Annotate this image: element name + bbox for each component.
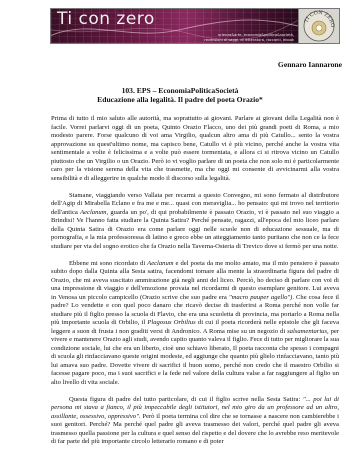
italic-text: Plagosus Orbilius	[147, 319, 195, 326]
document-title: Educazione alla legalità. Il padre del p…	[0, 95, 360, 104]
site-banner[interactable]: Ti con zero scienza&arte, economia&polit…	[50, 8, 340, 44]
text-span: , per vivere e mantenere Orazio agli stu…	[51, 328, 339, 386]
paragraph-3: Ebbene mi sono ricordato di Aeclanum e d…	[51, 260, 339, 388]
italic-text: salsamentarius	[287, 328, 327, 335]
italic-text: Aeclanum	[80, 209, 106, 216]
site-tagline-line1: scienza&arte, economia&politica&società,	[218, 33, 294, 37]
document-title-series: 103. EPS – EconomiaPoliticaSocietà	[0, 86, 360, 95]
site-logo: TI CON ZERO	[298, 9, 339, 43]
italic-text: Aeclanum	[147, 260, 173, 267]
paragraph-4: Questa figura di padre del tutto partico…	[51, 396, 339, 447]
document-body: Prima di tutto il mio saluto alle autori…	[51, 115, 339, 455]
text-span: Questa figura di padre del tutto partico…	[69, 396, 303, 403]
banner-graphic: Ti con zero scienza&arte, economia&polit…	[51, 9, 298, 43]
text-span: Ebbene mi sono ricordato di	[69, 260, 147, 267]
italic-text: "macro pauper agello")	[229, 294, 293, 301]
site-tagline-line2: recensioni di saggi, di letteratura, rac…	[204, 38, 294, 42]
paragraph-1: Prima di tutto il mio saluto alle autori…	[51, 115, 339, 183]
paragraph-2: Stamane, viaggiando verso Vallata per re…	[51, 192, 339, 252]
author-name: Gennaro Iannarone	[278, 60, 342, 69]
ti-con-zero-logo-icon: TI CON ZERO	[302, 9, 336, 43]
site-title: Ti con zero	[57, 9, 155, 29]
